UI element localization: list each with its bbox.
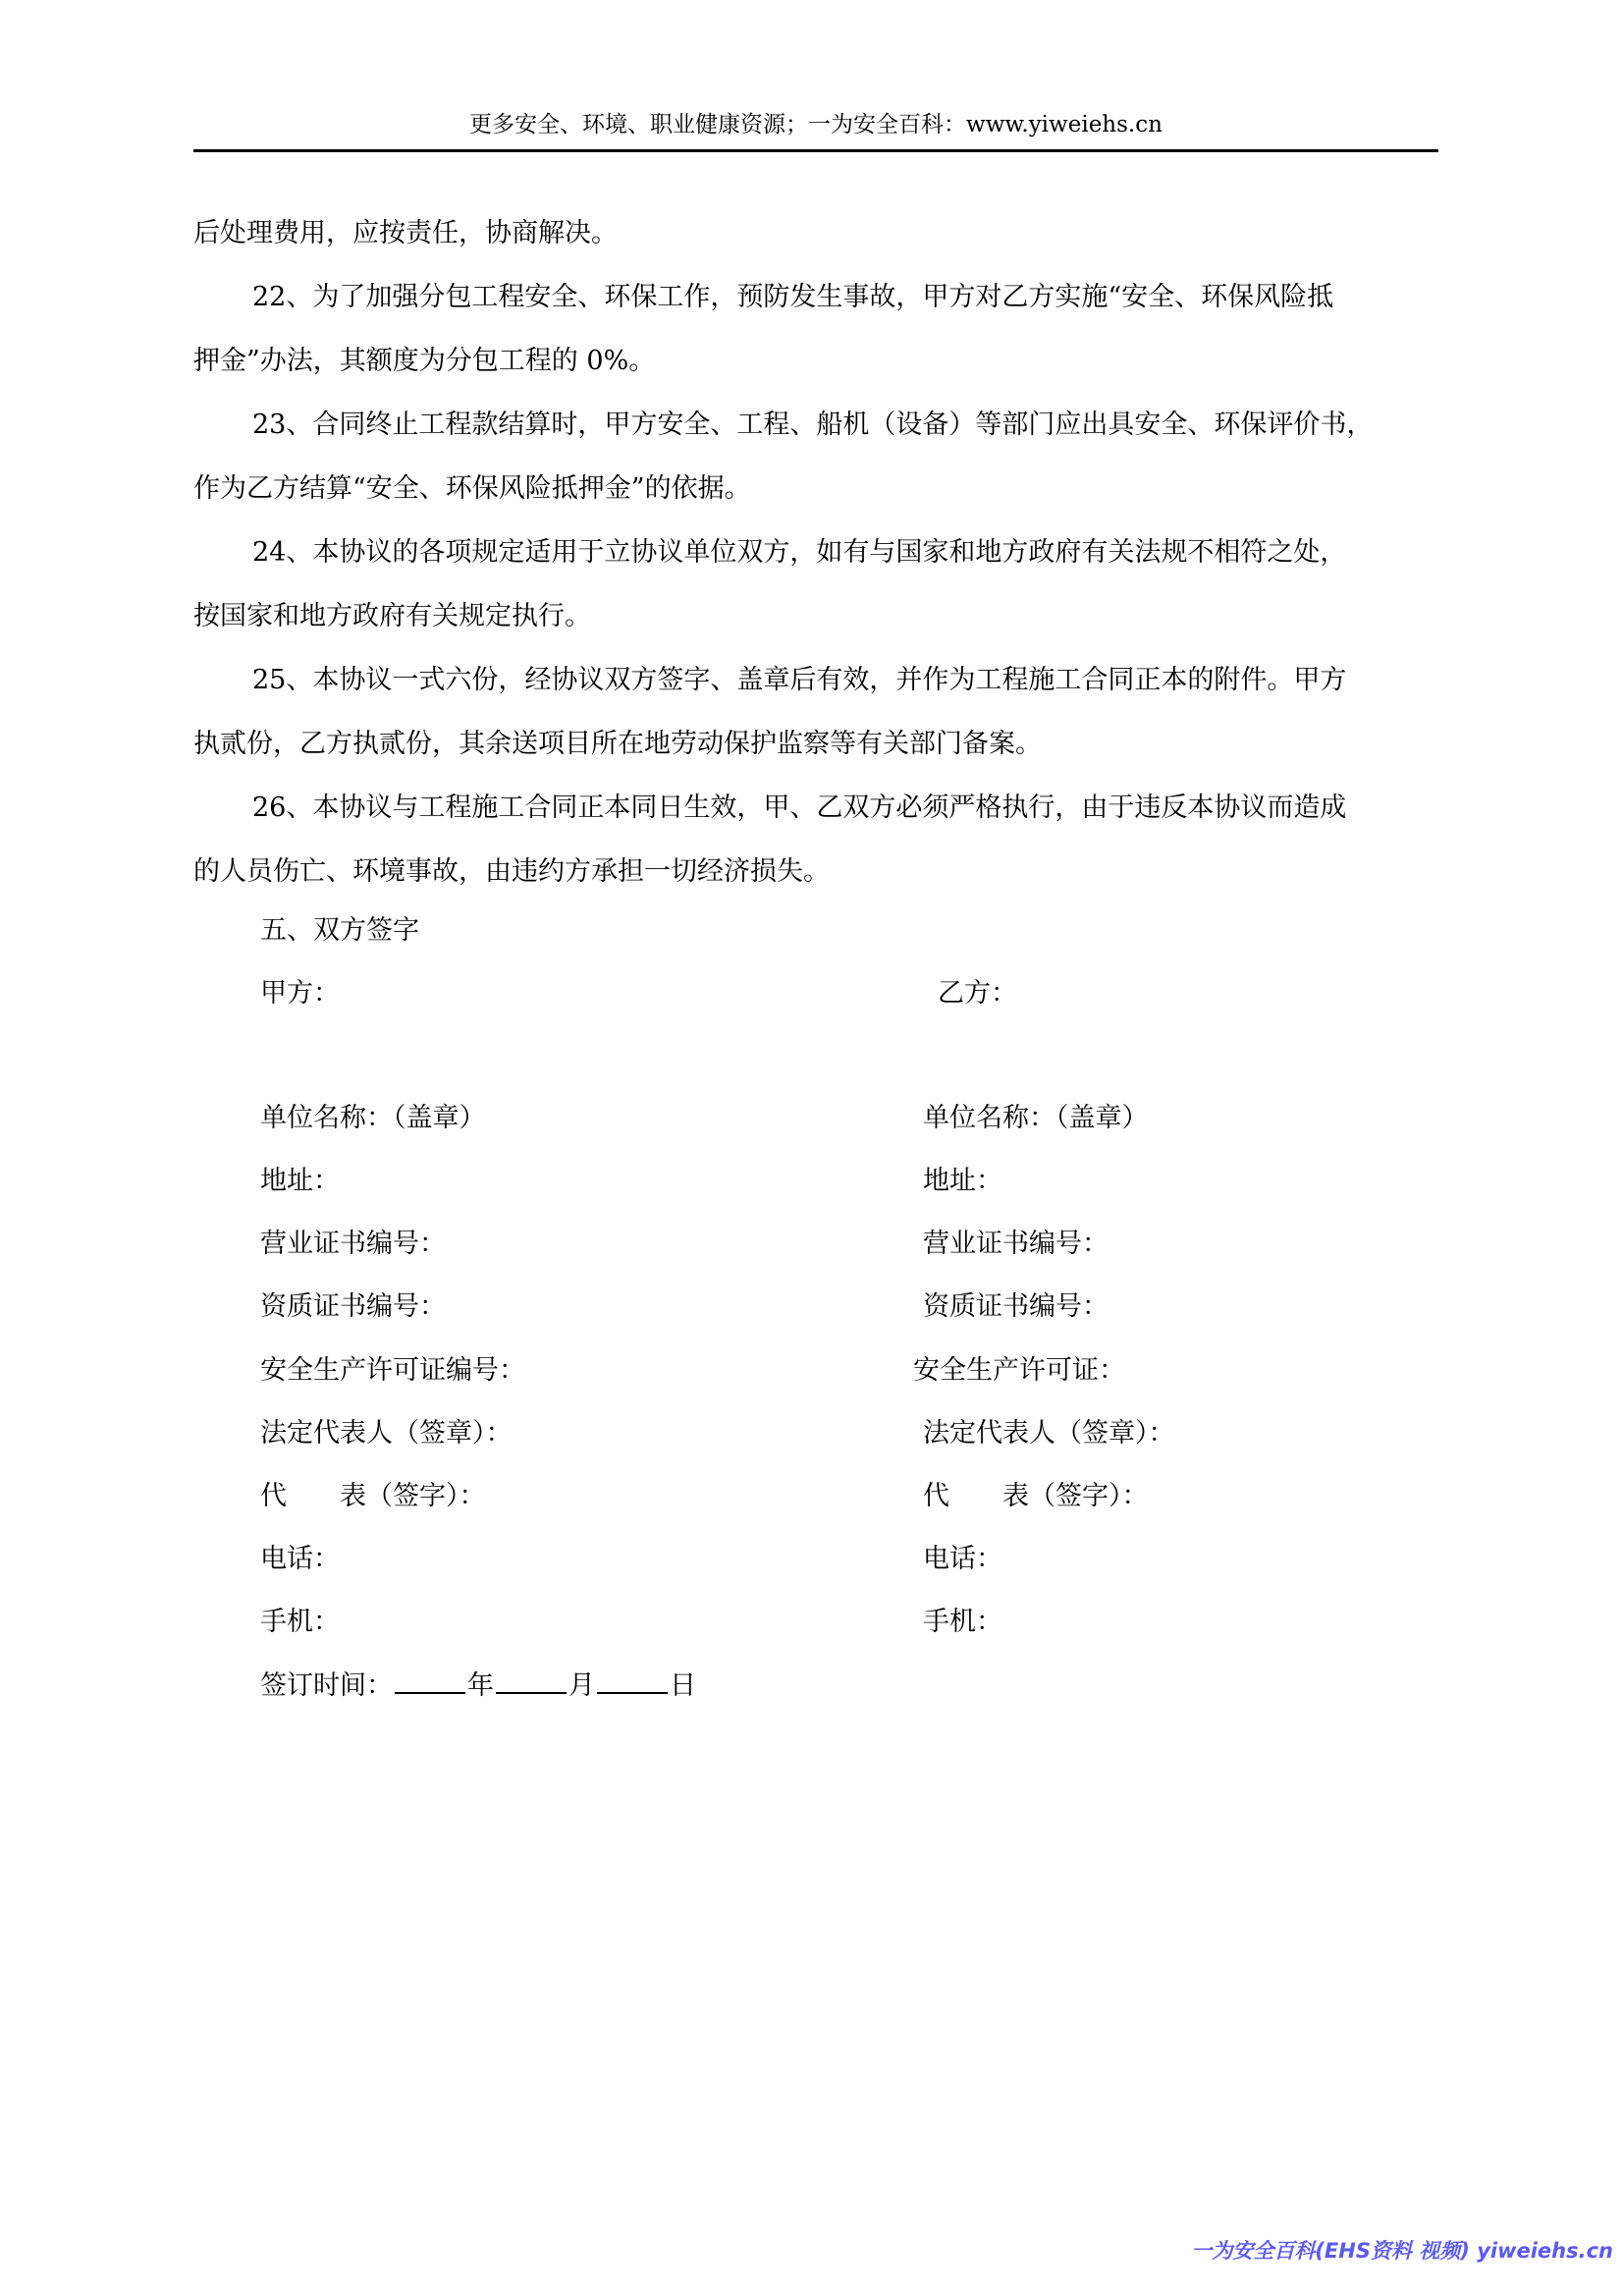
party-b-legal-rep: 法定代表人（签章）： [923,1417,1175,1450]
paragraph-24-line-1: 24、本协议的各项规定适用于立协议单位双方，如有与国家和地方政府有关法规不相符之… [252,536,1346,570]
party-b-safety-permit: 安全生产许可证： [913,1354,1125,1388]
party-b-address: 地址： [923,1165,1002,1198]
party-a-phone: 电话： [260,1543,340,1576]
party-b-label: 乙方： [938,977,1017,1011]
header-divider [193,149,1438,152]
paragraph-23-line-1: 23、合同终止工程款结算时，甲方安全、工程、船机（设备）等部门应出具安全、环保评… [252,409,1373,442]
party-b-unit-name: 单位名称：（盖章） [923,1102,1149,1135]
paragraph-25-line-1: 25、本协议一式六份，经协议双方签字、盖章后有效，并作为工程施工合同正本的附件。… [252,664,1346,697]
paragraph-26-line-2: 的人员伤亡、环境事故，由违约方承担一切经济损失。 [193,855,830,889]
month-blank[interactable] [496,1668,567,1694]
paragraph-26-line-1: 26、本协议与工程施工合同正本同日生效，甲、乙双方必须严格执行，由于违反本协议而… [252,792,1346,825]
signing-date-label: 签订时间： [260,1670,393,1701]
day-label: 日 [670,1670,696,1701]
header-text: 更多安全、环境、职业健康资源；一为安全百科：www.yiweiehs.cn [193,110,1438,139]
party-a-representative: 代 表（签字）： [260,1480,486,1513]
party-a-address: 地址： [260,1165,340,1198]
signing-date: 签订时间：年月日 [260,1668,696,1703]
footer-watermark-link[interactable]: 一为安全百科(EHS资料 视频) yiweiehs.cn [1191,2235,1613,2265]
party-b-representative: 代 表（签字）： [923,1480,1149,1513]
paragraph-23-line-2: 作为乙方结算“安全、环保风险抵押金”的依据。 [193,472,751,506]
year-blank[interactable] [395,1668,465,1694]
party-a-qualification-cert: 资质证书编号： [260,1290,446,1324]
party-a-unit-name: 单位名称：（盖章） [260,1102,486,1135]
party-a-mobile: 手机： [260,1606,340,1639]
party-a-safety-permit: 安全生产许可证编号： [260,1354,525,1388]
year-label: 年 [467,1670,494,1701]
party-b-qualification-cert: 资质证书编号： [923,1290,1109,1324]
party-b-business-license: 营业证书编号： [923,1228,1109,1261]
paragraph-22-line-1: 22、为了加强分包工程安全、环保工作，预防发生事故，甲方对乙方实施“安全、环保风… [252,281,1333,314]
paragraph-21-continuation: 后处理费用，应按责任，协商解决。 [193,217,618,250]
party-b-phone: 电话： [923,1543,1002,1576]
paragraph-22-line-2: 押金”办法，其额度为分包工程的 0%。 [193,345,655,378]
section-title: 五、双方签字 [260,914,419,948]
paragraph-25-line-2: 执贰份，乙方执贰份，其余送项目所在地劳动保护监察等有关部门备案。 [193,728,1042,761]
party-a-business-license: 营业证书编号： [260,1228,446,1261]
party-a-label: 甲方： [260,977,340,1011]
party-b-mobile: 手机： [923,1606,1002,1639]
month-label: 月 [568,1670,595,1701]
paragraph-24-line-2: 按国家和地方政府有关规定执行。 [193,600,591,633]
party-a-legal-rep: 法定代表人（签章）： [260,1417,513,1450]
day-blank[interactable] [597,1668,668,1694]
